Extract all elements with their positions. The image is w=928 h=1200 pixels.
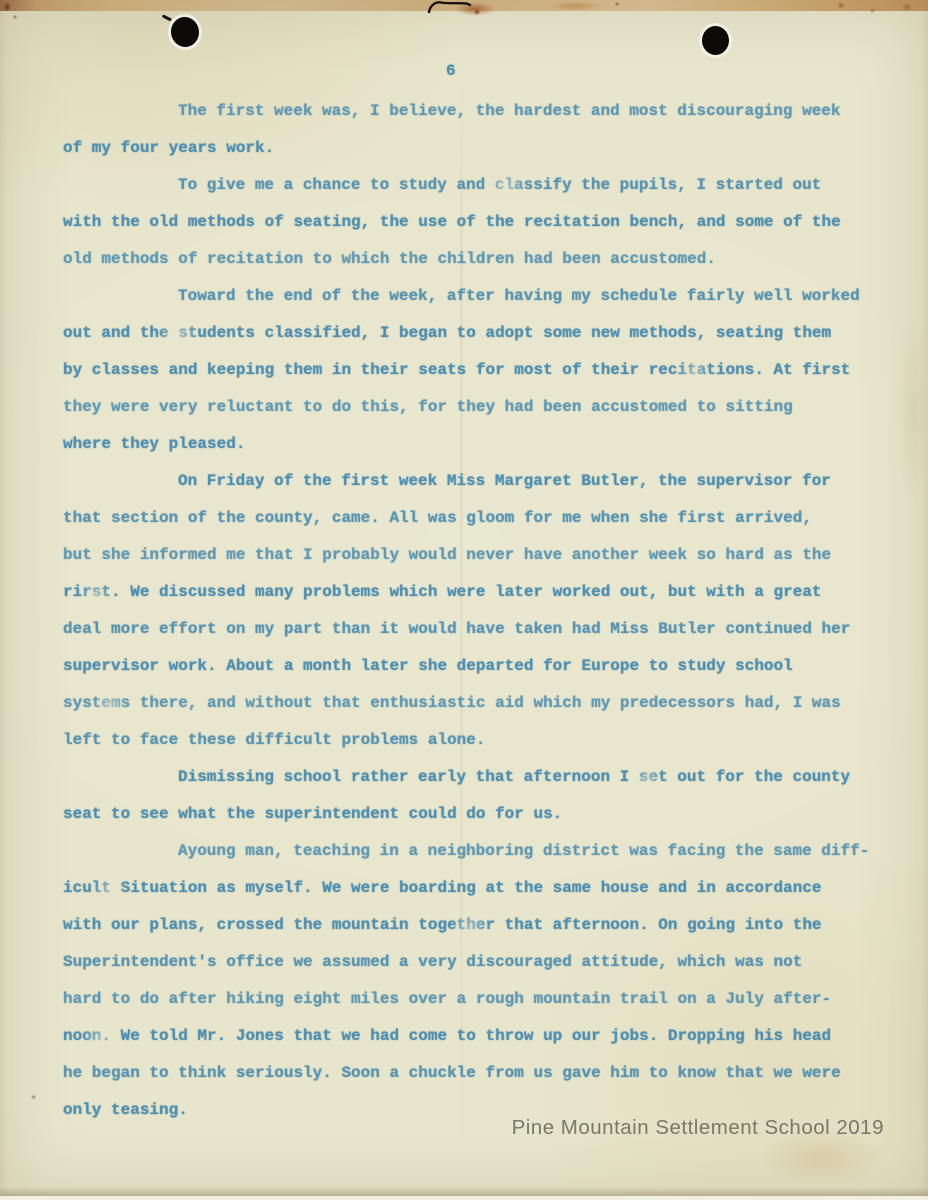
typed-line: deal more effort on my part than it woul…: [63, 611, 873, 648]
typed-line: On Friday of the first week Miss Margare…: [63, 463, 873, 500]
typed-line: but she informed me that I probably woul…: [63, 537, 873, 574]
typed-line: Toward the end of the week, after having…: [63, 278, 873, 315]
typed-line: Ayoung man, teaching in a neighboring di…: [63, 833, 873, 870]
scan-bottom-edge: [0, 1196, 928, 1200]
paper-bottom-edge: [0, 1187, 928, 1196]
typed-line: out and the students classified, I began…: [63, 315, 873, 352]
typed-line: Superintendent's office we assumed a ver…: [63, 944, 873, 981]
typed-line: he began to think seriously. Soon a chuc…: [63, 1055, 873, 1092]
hole-punch-left: [169, 15, 201, 49]
typed-line: with our plans, crossed the mountain tog…: [63, 907, 873, 944]
watermark: Pine Mountain Settlement School 2019: [512, 1116, 884, 1140]
pen-mark-icon: [426, 0, 472, 19]
typed-line: hard to do after hiking eight miles over…: [63, 981, 873, 1018]
rust-speck: [12, 14, 18, 20]
right-edge-stain: [893, 300, 928, 520]
typed-line: they were very reluctant to do this, for…: [63, 389, 873, 426]
typed-line: Dismissing school rather early that afte…: [63, 759, 873, 796]
hole-punch-right: [702, 26, 729, 55]
typed-line: by classes and keeping them in their sea…: [63, 352, 873, 389]
typed-line: with the old methods of seating, the use…: [63, 204, 873, 241]
typed-line: left to face these difficult problems al…: [63, 722, 873, 759]
typed-line: of my four years work.: [63, 130, 873, 167]
typed-body: The first week was, I believe, the harde…: [63, 93, 873, 1129]
typed-line: noon. We told Mr. Jones that we had come…: [63, 1018, 873, 1055]
typed-line: supervisor work. About a month later she…: [63, 648, 873, 685]
typed-line: that section of the county, came. All wa…: [63, 500, 873, 537]
typed-line: icult Situation as myself. We were board…: [63, 870, 873, 907]
typed-line: old methods of recitation to which the c…: [63, 241, 873, 278]
typed-line: seat to see what the superintendent coul…: [63, 796, 873, 833]
page-number: 6: [446, 62, 456, 80]
typed-line: The first week was, I believe, the harde…: [63, 93, 873, 130]
document-page: 6 The first week was, I believe, the har…: [0, 0, 928, 1200]
typed-line: systems there, and without that enthusia…: [63, 685, 873, 722]
typed-line: To give me a chance to study and classif…: [63, 167, 873, 204]
paper-speck: [30, 1094, 37, 1100]
typed-line: rirst. We discussed many problems which …: [63, 574, 873, 611]
typed-line: where they pleased.: [63, 426, 873, 463]
